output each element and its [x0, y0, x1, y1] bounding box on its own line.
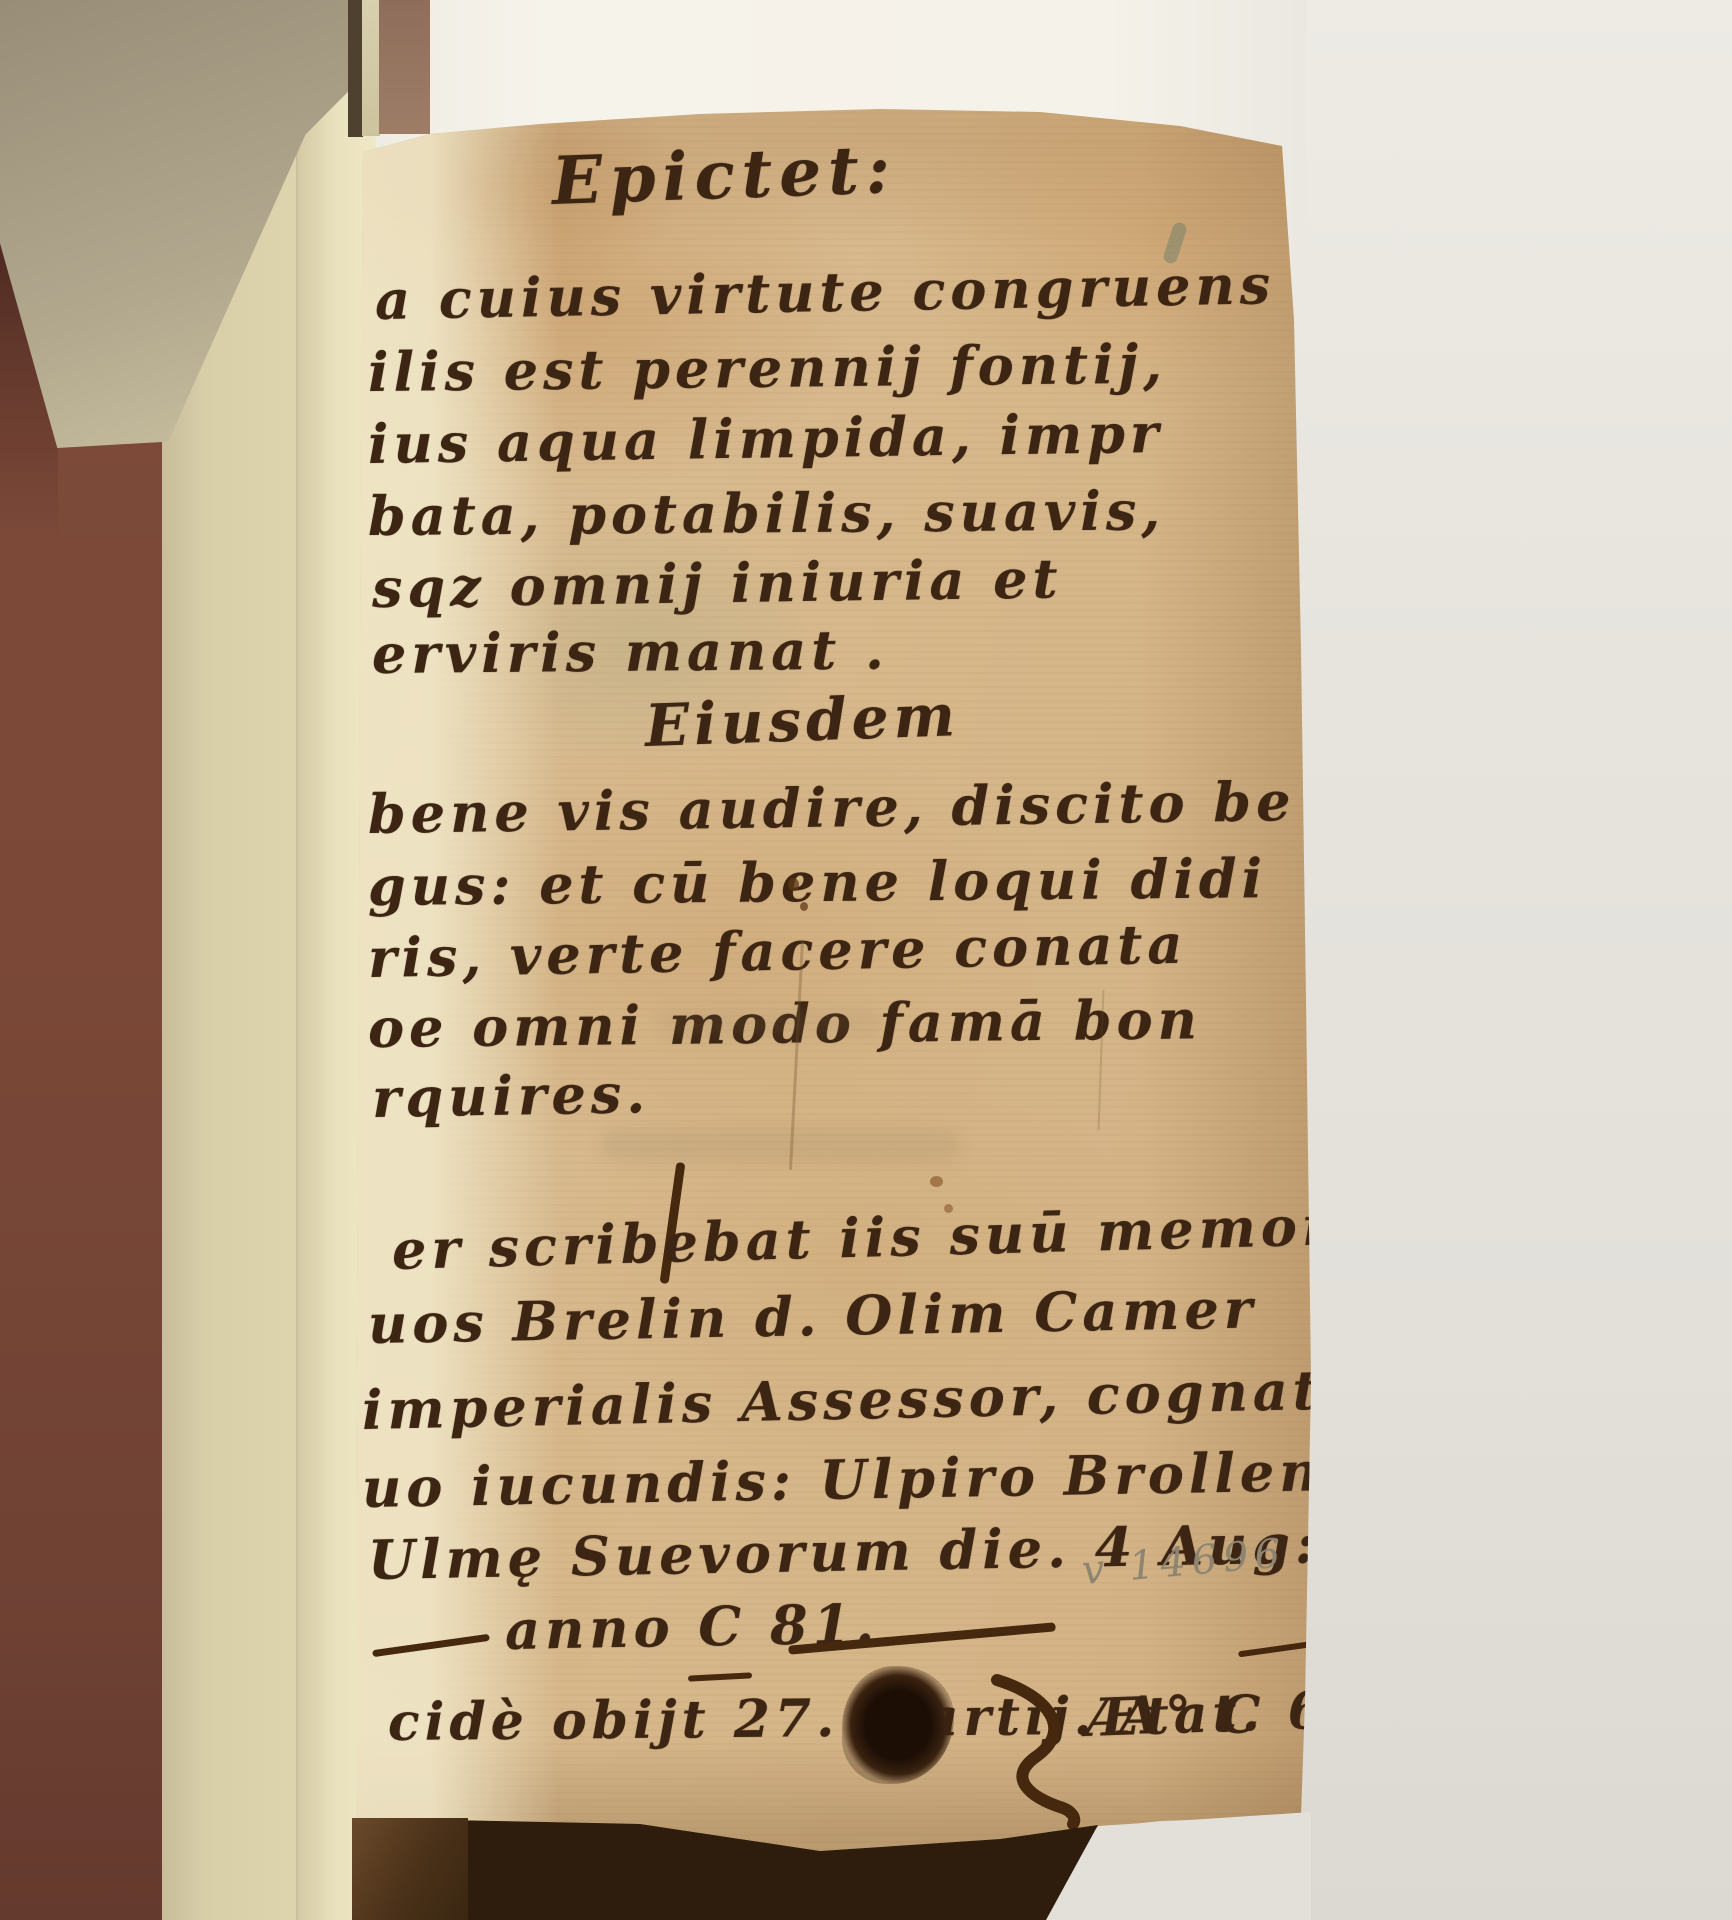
- macron-stroke: [688, 1672, 752, 1681]
- manuscript-section-heading: Eiusdem: [644, 681, 961, 760]
- manuscript-line: a cuius virtute congruens: [374, 252, 1275, 332]
- obit-line-right: Ætat. 62.: [1085, 1677, 1394, 1749]
- manuscript-line: er scribebat iis suū memoriæ: [391, 1191, 1417, 1282]
- ink-blot: [842, 1666, 954, 1784]
- page-edge-strip: [362, 0, 380, 136]
- manuscript-line: uos Brelin d. Olim Camer: [367, 1276, 1257, 1356]
- show-through-stain: [660, 1010, 880, 1036]
- manuscript-line: bene vis audire, discito be: [368, 769, 1296, 846]
- shadow-highlight: [352, 1818, 468, 1920]
- manuscript-line: ris, verte facere conata: [367, 912, 1187, 990]
- manuscript-line: erviris manat .: [372, 617, 889, 686]
- manuscript-line: imperialis Assessor, cognato: [361, 1357, 1364, 1442]
- manuscript-line: sqz omnij iniuria et: [372, 546, 1063, 620]
- ink-spot: [800, 902, 808, 911]
- manuscript-line: rquires.: [371, 1061, 650, 1130]
- macron-stroke: [1238, 1641, 1316, 1658]
- manuscript-line: ius aqua limpida, impr: [368, 401, 1164, 476]
- manuscript-line: bata, potabilis, suavis,: [368, 478, 1165, 548]
- manuscript-line: uo iucundis: Ulpiro Brollen: [361, 1439, 1324, 1520]
- show-through-stain: [600, 1128, 960, 1162]
- manuscript-line: ilis est perennij fontij,: [368, 332, 1167, 404]
- photo-of-open-book: Epictet: a cuius virtute congruens ilis …: [0, 0, 1732, 1920]
- pen-stroke: [372, 1634, 490, 1657]
- spine-strip: [379, 0, 430, 134]
- ink-flourish: [975, 1672, 1115, 1832]
- rust-spot: [930, 1176, 943, 1187]
- manuscript-line: gus: et cū bene loqui didi: [368, 846, 1268, 918]
- gutter-notch: [348, 0, 363, 137]
- ink-spot: [788, 878, 799, 891]
- manuscript-heading: Epictet:: [551, 130, 899, 220]
